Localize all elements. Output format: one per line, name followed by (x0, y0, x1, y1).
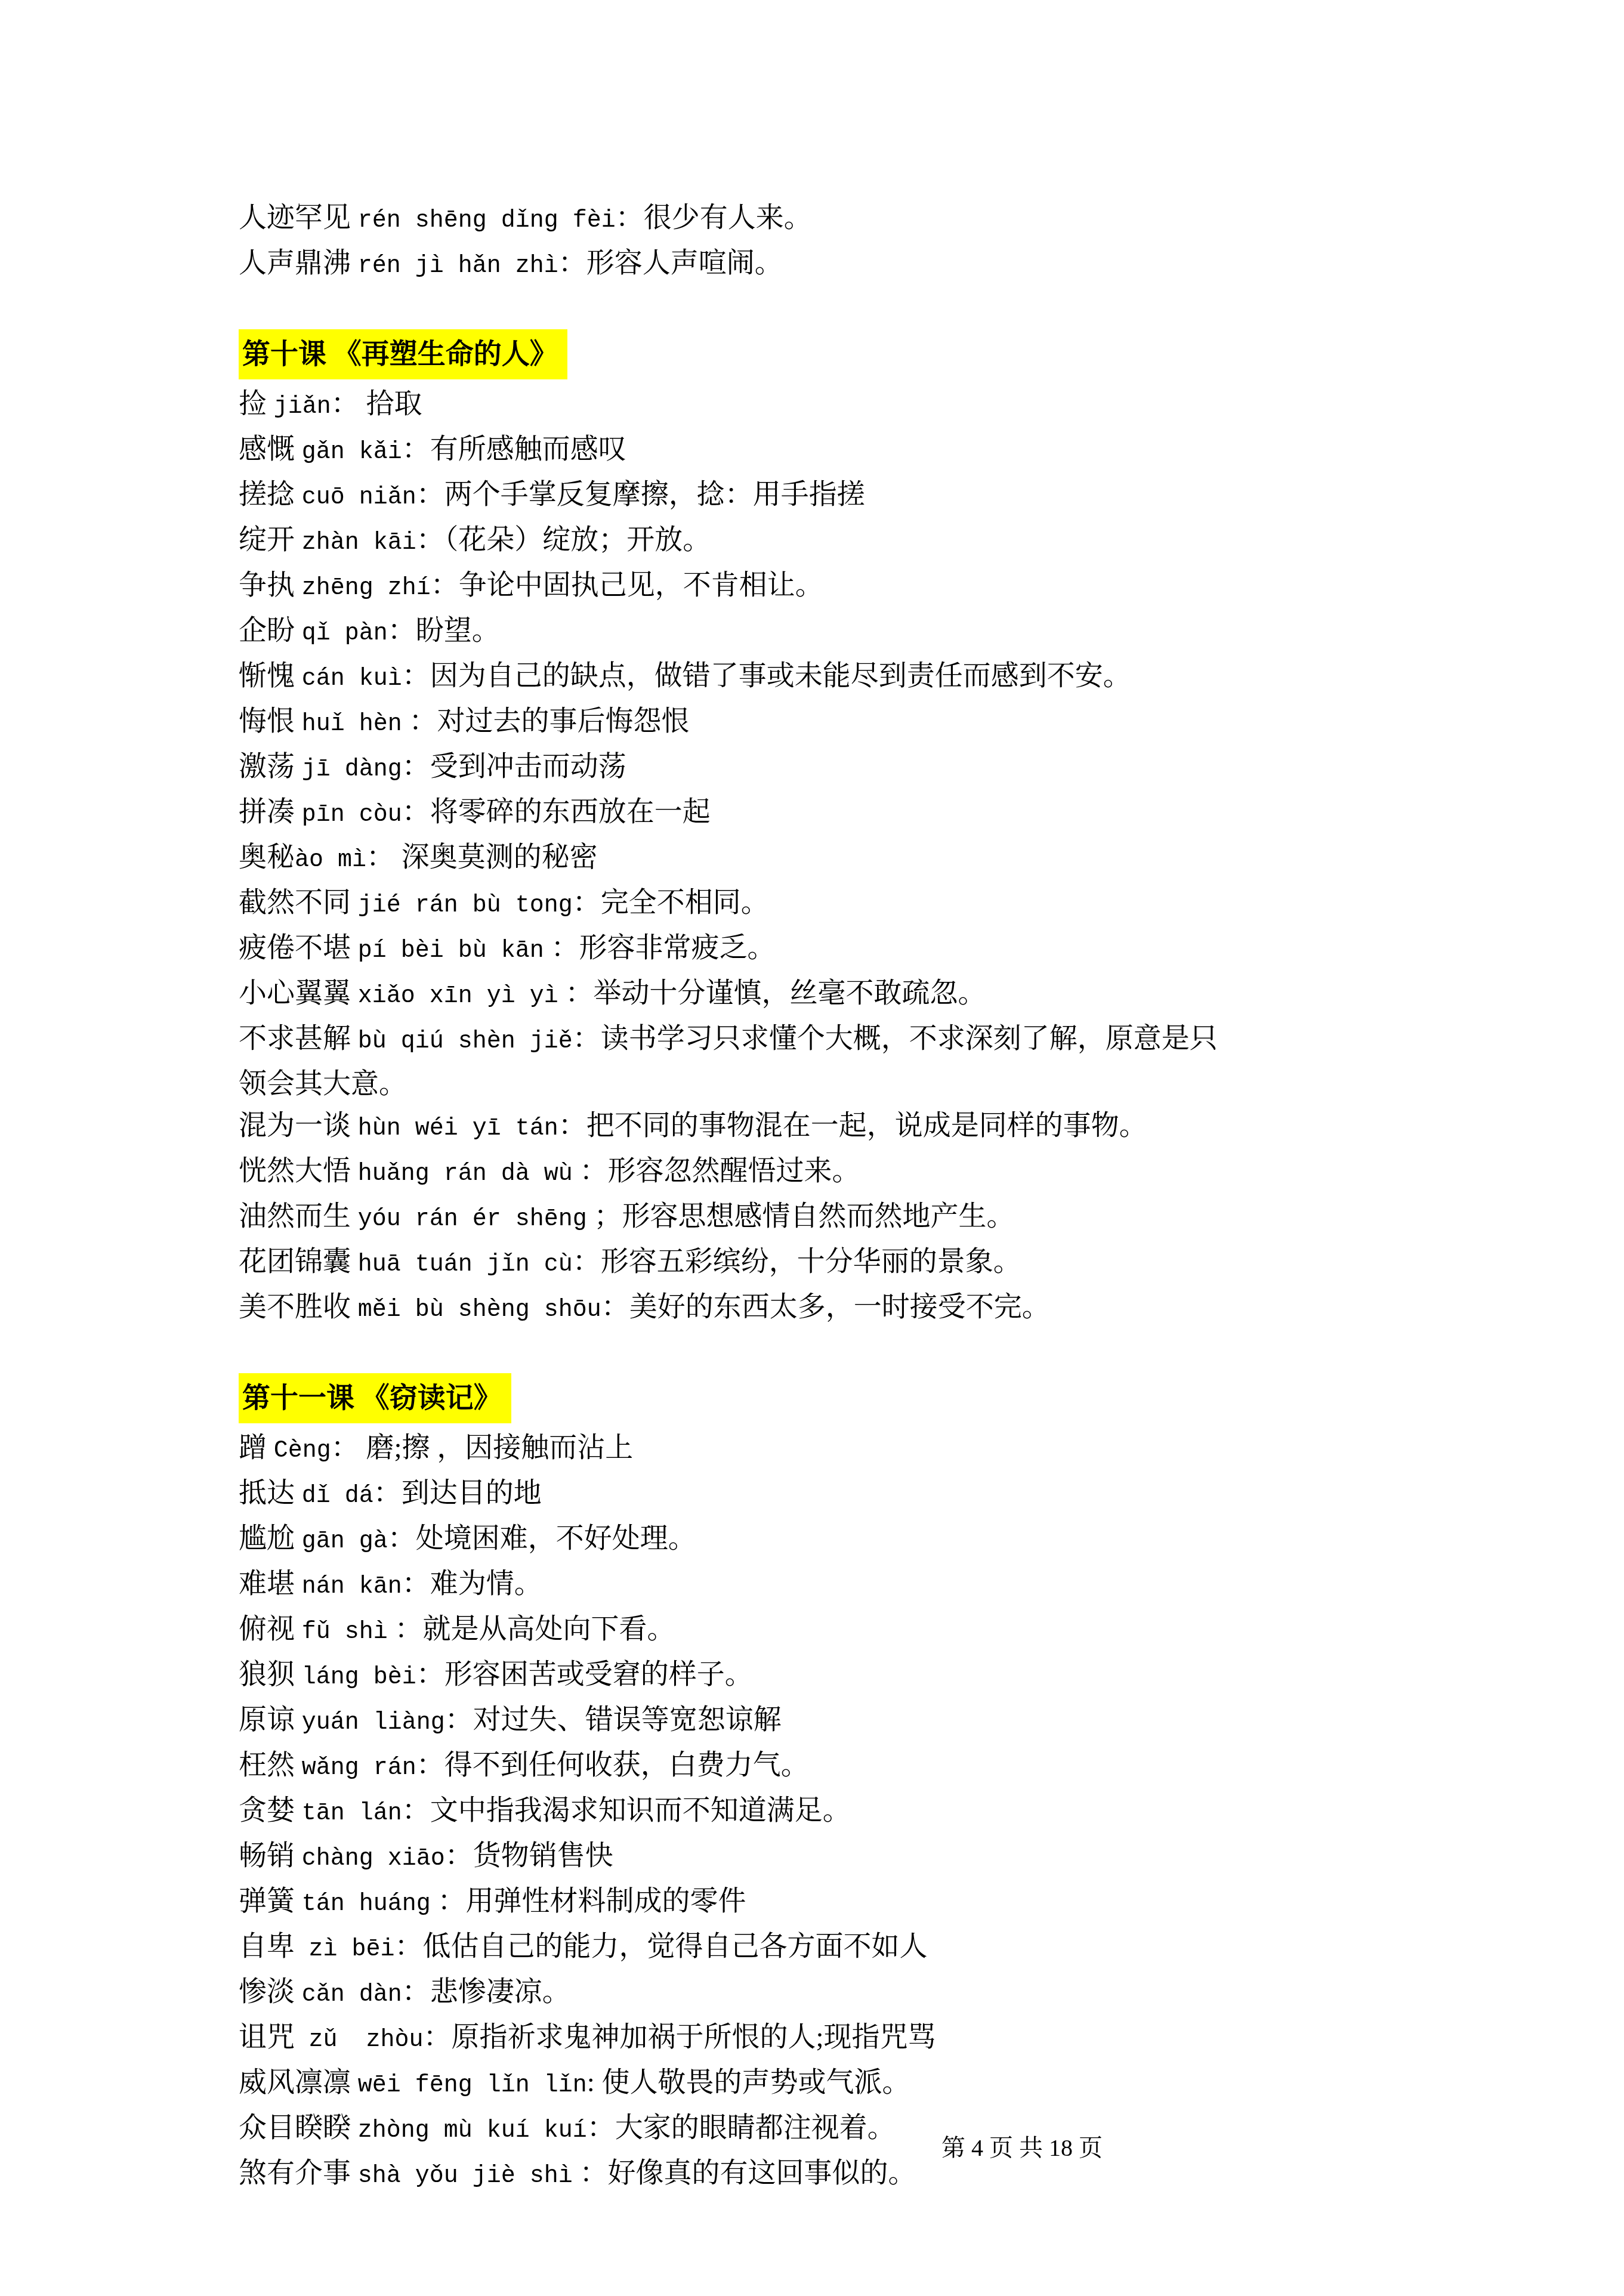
vocab-entry: 弹簧 tán huáng ：用弹性材料制成的零件 (239, 1880, 1390, 1926)
vocab-term: 难堪 (239, 1568, 302, 1599)
vocab-definition: ：完全不相同。 (573, 887, 769, 918)
lesson-heading: 第十一课 《窃读记》 (239, 1373, 511, 1423)
vocab-pinyin: yuán liàng (302, 1710, 445, 1736)
vocab-definition: ：受到冲击而动荡 (402, 751, 626, 782)
vocab-term: 花团锦囊 (239, 1246, 358, 1277)
vocab-term: 煞有介事 (239, 2158, 358, 2189)
vocab-pinyin: yóu rán ér shēng (358, 1206, 587, 1233)
vocab-term: 狼狈 (239, 1659, 302, 1690)
vocab-term: 贪婪 (239, 1795, 302, 1826)
vocab-term: 企盼 (239, 615, 302, 646)
vocab-pinyin: qǐ pàn (302, 620, 388, 647)
vocab-entry: 激荡 jī dàng：受到冲击而动荡 (239, 746, 1390, 791)
vocab-pinyin: bù qiú shèn jiě (358, 1028, 573, 1055)
vocab-pinyin: měi bù shèng shōu (358, 1297, 601, 1324)
vocab-definition: ：盼望。 (388, 615, 500, 646)
vocab-pinyin: tān lán (302, 1800, 402, 1827)
vocab-entry: 小心翼翼 xiǎo xīn yì yì ：举动十分谨慎，丝毫不敢疏忽。 (239, 972, 1390, 1018)
vocab-pinyin: zì bēi (309, 1936, 395, 1963)
vocab-term: 截然不同 (239, 887, 358, 918)
vocab-entry: 惭愧 cán kuì：因为自己的缺点，做错了事或未能尽到责任而感到不安。 (239, 655, 1390, 700)
vocab-term: 原谅 (239, 1704, 302, 1735)
vocab-entry: 捡 jiǎn： 拾取 (239, 383, 1390, 428)
lesson-heading-line: 第十一课 《窃读记》 (239, 1373, 1390, 1423)
vocab-definition: ：货物销售快 (445, 1840, 613, 1871)
vocab-definition: ：因为自己的缺点，做错了事或未能尽到责任而感到不安。 (402, 660, 1131, 691)
vocab-term: 惨淡 (239, 1976, 302, 2007)
vocab-definition: ：对过失、错误等宽恕谅解 (445, 1704, 782, 1735)
vocab-entry: 畅销 chàng xiāo：货物销售快 (239, 1835, 1390, 1880)
vocab-term: 油然而生 (239, 1201, 358, 1232)
vocab-term: 感慨 (239, 434, 302, 465)
vocab-term: 搓捻 (239, 479, 302, 510)
document-content: 人迹罕见 rén shēng dǐng fèi：很少有人来。人声鼎沸 rén j… (239, 197, 1390, 2198)
vocab-pinyin: nán kān (302, 1574, 402, 1600)
vocab-entry: 企盼 qǐ pàn：盼望。 (239, 610, 1390, 655)
vocab-definition: ：低估自己的能力，觉得自己各方面不如人 (395, 1931, 928, 1962)
lesson-entries: 捡 jiǎn： 拾取感慨 gǎn kǎi：有所感触而感叹搓捻 cuō niǎn：… (239, 383, 1390, 1331)
vocab-entry: 美不胜收 měi bù shèng shōu：美好的东西太多，一时接受不完。 (239, 1286, 1390, 1331)
vocab-definition: ：举动十分谨慎，丝毫不敢疏忽。 (558, 978, 986, 1009)
vocab-entry: 枉然 wǎng rán：得不到任何收获，白费力气。 (239, 1744, 1390, 1790)
vocab-entry: 人迹罕见 rén shēng dǐng fèi：很少有人来。 (239, 197, 1390, 242)
vocab-term: 人迹罕见 (239, 202, 358, 233)
vocab-pinyin: zhàn kāi (302, 530, 416, 557)
vocab-definition: ： 深奥莫测的秘密 (366, 842, 598, 873)
vocab-term: 诅咒 (239, 2022, 309, 2053)
vocab-pinyin: zhòng mù kuí kuí (358, 2118, 587, 2144)
lesson-sections: 第十课 《再塑生命的人》捡 jiǎn： 拾取感慨 gǎn kǎi：有所感触而感叹… (239, 329, 1390, 2198)
vocab-pinyin: rén jì hǎn zhì (358, 253, 558, 280)
vocab-entry: 截然不同 jié rán bù tong：完全不相同。 (239, 882, 1390, 927)
vocab-term: 枉然 (239, 1750, 302, 1781)
vocab-definition: ：对过去的事后悔怨恨 (402, 706, 690, 737)
document-page: 人迹罕见 rén shēng dǐng fèi：很少有人来。人声鼎沸 rén j… (0, 0, 1624, 2296)
vocab-definition: ：大家的眼睛都注视着。 (587, 2112, 896, 2143)
vocab-entry: 威风凛凛 wēi fēng lǐn lǐn: 使人敬畏的声势或气派。 (239, 2062, 1390, 2107)
vocab-term: 悔恨 (239, 706, 302, 737)
vocab-pinyin: shà yǒu jiè shì (358, 2163, 573, 2190)
vocab-definition: ；形容思想感情自然而然地产生。 (587, 1201, 1015, 1232)
vocab-term: 威风凛凛 (239, 2067, 358, 2098)
vocab-definition: ： 拾取 (331, 388, 422, 419)
vocab-entry: 众目睽睽 zhòng mù kuí kuí：大家的眼睛都注视着。 (239, 2107, 1390, 2152)
vocab-definition: ：悲惨凄凉。 (402, 1976, 570, 2007)
vocab-entry: 贪婪 tān lán：文中指我渴求知识而不知道满足。 (239, 1790, 1390, 1835)
vocab-pinyin: dǐ dá (302, 1483, 373, 1510)
lesson-section: 第十课 《再塑生命的人》捡 jiǎn： 拾取感慨 gǎn kǎi：有所感触而感叹… (239, 329, 1390, 1331)
vocab-term: 蹭 (239, 1432, 274, 1463)
vocab-pinyin: wǎng rán (302, 1755, 416, 1782)
vocab-entry: 悔恨 huǐ hèn ：对过去的事后悔怨恨 (239, 700, 1390, 746)
lesson-heading: 第十课 《再塑生命的人》 (239, 329, 567, 379)
vocab-definition: ：有所感触而感叹 (402, 434, 626, 465)
vocab-pinyin: chàng xiāo (302, 1846, 445, 1872)
lesson-section: 第十一课 《窃读记》蹭 Cèng： 磨;擦 ，因接触而沾上抵达 dǐ dá：到达… (239, 1373, 1390, 2198)
vocab-definition: : 使人敬畏的声势或气派。 (587, 2067, 910, 2098)
vocab-pinyin: zhēng zhí (302, 575, 431, 602)
vocab-entry: 搓捻 cuō niǎn：两个手掌反复摩擦，捻：用手指搓 (239, 474, 1390, 519)
vocab-entry: 油然而生 yóu rán ér shēng ；形容思想感情自然而然地产生。 (239, 1195, 1390, 1241)
vocab-pinyin: gǎn kǎi (302, 439, 402, 466)
vocab-entry: 抵达 dǐ dá：到达目的地 (239, 1472, 1390, 1518)
vocab-pinyin: gān gà (302, 1528, 388, 1555)
vocab-entry: 原谅 yuán liàng：对过失、错误等宽恕谅解 (239, 1699, 1390, 1744)
vocab-term: 抵达 (239, 1478, 302, 1509)
vocab-definition: ：将零碎的东西放在一起 (402, 796, 711, 827)
vocab-definition: ：（花朵）绽放；开放。 (416, 524, 711, 555)
vocab-definition: ： 磨;擦 ，因接触而沾上 (331, 1432, 634, 1463)
vocab-entry: 拼凑 pīn còu：将零碎的东西放在一起 (239, 791, 1390, 836)
vocab-entry: 争执 zhēng zhí：争论中固执己见，不肯相让。 (239, 564, 1390, 610)
vocab-pinyin: fǔ shì (302, 1619, 388, 1646)
vocab-pinyin: cán kuì (302, 666, 402, 693)
vocab-pinyin: hùn wéi yī tán (358, 1115, 558, 1142)
vocab-pinyin: ào mì (295, 847, 366, 874)
vocab-pinyin: huǐ hèn (302, 711, 402, 738)
vocab-definition: ：很少有人来。 (616, 202, 812, 233)
vocab-term: 激荡 (239, 751, 302, 782)
vocab-pinyin: rén shēng dǐng fèi (358, 208, 616, 234)
vocab-entry: 自卑 zì bēi：低估自己的能力，觉得自己各方面不如人 (239, 1926, 1390, 1971)
vocab-definition: ：难为情。 (402, 1568, 542, 1599)
vocab-definition: ：好像真的有这回事似的。 (573, 2158, 916, 2189)
intro-lines: 人迹罕见 rén shēng dǐng fèi：很少有人来。人声鼎沸 rén j… (239, 197, 1390, 288)
vocab-definition: ：争论中固执己见，不肯相让。 (431, 570, 823, 601)
vocab-term: 人声鼎沸 (239, 248, 358, 279)
vocab-entry: 恍然大悟 huǎng rán dà wù ：形容忽然醒悟过来。 (239, 1150, 1390, 1195)
vocab-pinyin: huā tuán jǐn cù (358, 1251, 573, 1278)
vocab-term: 恍然大悟 (239, 1155, 358, 1186)
vocab-definition: ：文中指我渴求知识而不知道满足。 (402, 1795, 851, 1826)
vocab-term: 畅销 (239, 1840, 302, 1871)
vocab-definition: ：美好的东西太多，一时接受不完。 (601, 1291, 1050, 1322)
vocab-entry: 绽开 zhàn kāi：（花朵）绽放；开放。 (239, 519, 1390, 564)
lesson-entries: 蹭 Cèng： 磨;擦 ，因接触而沾上抵达 dǐ dá：到达目的地尴尬 gān … (239, 1427, 1390, 2198)
vocab-term: 俯视 (239, 1614, 302, 1645)
vocab-entry: 混为一谈 hùn wéi yī tán：把不同的事物混在一起，说成是同样的事物。 (239, 1105, 1390, 1150)
vocab-pinyin: pīn còu (302, 802, 402, 829)
vocab-term: 弹簧 (239, 1886, 302, 1917)
vocab-term: 争执 (239, 570, 302, 601)
vocab-definition: ：形容非常疲乏。 (544, 932, 776, 963)
vocab-term: 奥秘 (239, 842, 295, 873)
vocab-entry: 花团锦囊 huā tuán jǐn cù：形容五彩缤纷，十分华丽的景象。 (239, 1241, 1390, 1286)
vocab-entry: 狼狈 láng bèi：形容困苦或受窘的样子。 (239, 1654, 1390, 1699)
vocab-definition: ：用弹性材料制成的零件 (431, 1886, 746, 1917)
vocab-pinyin: wēi fēng lǐn lǐn (358, 2072, 587, 2099)
vocab-definition: ：形容困苦或受窘的样子。 (416, 1659, 753, 1690)
vocab-term: 不求甚解 (239, 1023, 358, 1054)
vocab-definition: ：两个手掌反复摩擦，捻：用手指搓 (416, 479, 865, 510)
vocab-pinyin: xiǎo xīn yì yì (358, 983, 558, 1010)
vocab-definition: ：把不同的事物混在一起，说成是同样的事物。 (558, 1110, 1147, 1141)
vocab-entry: 尴尬 gān gà：处境困难，不好处理。 (239, 1518, 1390, 1563)
vocab-entry: 蹭 Cèng： 磨;擦 ，因接触而沾上 (239, 1427, 1390, 1472)
vocab-pinyin: jié rán bù tong (358, 892, 573, 919)
vocab-definition: ：处境困难，不好处理。 (388, 1523, 696, 1554)
vocab-pinyin: láng bèi (302, 1664, 416, 1691)
vocab-term: 拼凑 (239, 796, 302, 827)
vocab-definition: ：就是从高处向下看。 (388, 1614, 675, 1645)
vocab-entry: 诅咒 zǔ zhòu：原指祈求鬼神加祸于所恨的人;现指咒骂 (239, 2016, 1390, 2062)
vocab-entry: 感慨 gǎn kǎi：有所感触而感叹 (239, 428, 1390, 474)
vocab-entry: 不求甚解 bù qiú shèn jiě：读书学习只求懂个大概，不求深刻了解，原… (239, 1018, 1390, 1105)
vocab-pinyin: cuō niǎn (302, 484, 416, 511)
vocab-pinyin: Cèng (274, 1438, 331, 1464)
vocab-entry: 奥秘ào mì： 深奥莫测的秘密 (239, 836, 1390, 882)
vocab-entry: 俯视 fǔ shì ：就是从高处向下看。 (239, 1608, 1390, 1654)
vocab-term: 混为一谈 (239, 1110, 358, 1141)
vocab-definition: ：形容人声喧闹。 (558, 248, 783, 279)
vocab-term: 美不胜收 (239, 1291, 358, 1322)
vocab-pinyin: zǔ zhòu (309, 2027, 424, 2054)
vocab-term: 小心翼翼 (239, 978, 358, 1009)
vocab-entry: 人声鼎沸 rén jì hǎn zhì：形容人声喧闹。 (239, 242, 1390, 288)
vocab-term: 尴尬 (239, 1523, 302, 1554)
vocab-term: 捡 (239, 388, 274, 419)
vocab-pinyin: cǎn dàn (302, 1982, 402, 2008)
vocab-pinyin: pí bèi bù kān (358, 938, 544, 965)
page-number-text: 第 4 页 共 18 页 (941, 2134, 1103, 2161)
vocab-definition: ：到达目的地 (373, 1478, 542, 1509)
vocab-term: 绽开 (239, 524, 302, 555)
vocab-pinyin: tán huáng (302, 1891, 431, 1918)
page-footer: 第 4 页 共 18 页 (941, 2134, 1103, 2162)
vocab-definition: ：形容忽然醒悟过来。 (573, 1155, 860, 1186)
vocab-term: 惭愧 (239, 660, 302, 691)
vocab-pinyin: jī dàng (302, 756, 402, 783)
vocab-entry: 煞有介事 shà yǒu jiè shì ：好像真的有这回事似的。 (239, 2152, 1390, 2198)
vocab-definition: ：形容五彩缤纷，十分华丽的景象。 (573, 1246, 1021, 1277)
vocab-term: 自卑 (239, 1931, 309, 1962)
vocab-definition: ：得不到任何收获，白费力气。 (416, 1750, 809, 1781)
vocab-pinyin: huǎng rán dà wù (358, 1161, 573, 1188)
vocab-term: 疲倦不堪 (239, 932, 358, 963)
vocab-entry: 惨淡 cǎn dàn：悲惨凄凉。 (239, 1971, 1390, 2016)
lesson-heading-line: 第十课 《再塑生命的人》 (239, 329, 1390, 379)
vocab-term: 众目睽睽 (239, 2112, 358, 2143)
vocab-entry: 难堪 nán kān：难为情。 (239, 1563, 1390, 1608)
vocab-entry: 疲倦不堪 pí bèi bù kān ：形容非常疲乏。 (239, 927, 1390, 972)
vocab-pinyin: jiǎn (274, 394, 331, 421)
vocab-definition: ：原指祈求鬼神加祸于所恨的人;现指咒骂 (424, 2022, 936, 2053)
